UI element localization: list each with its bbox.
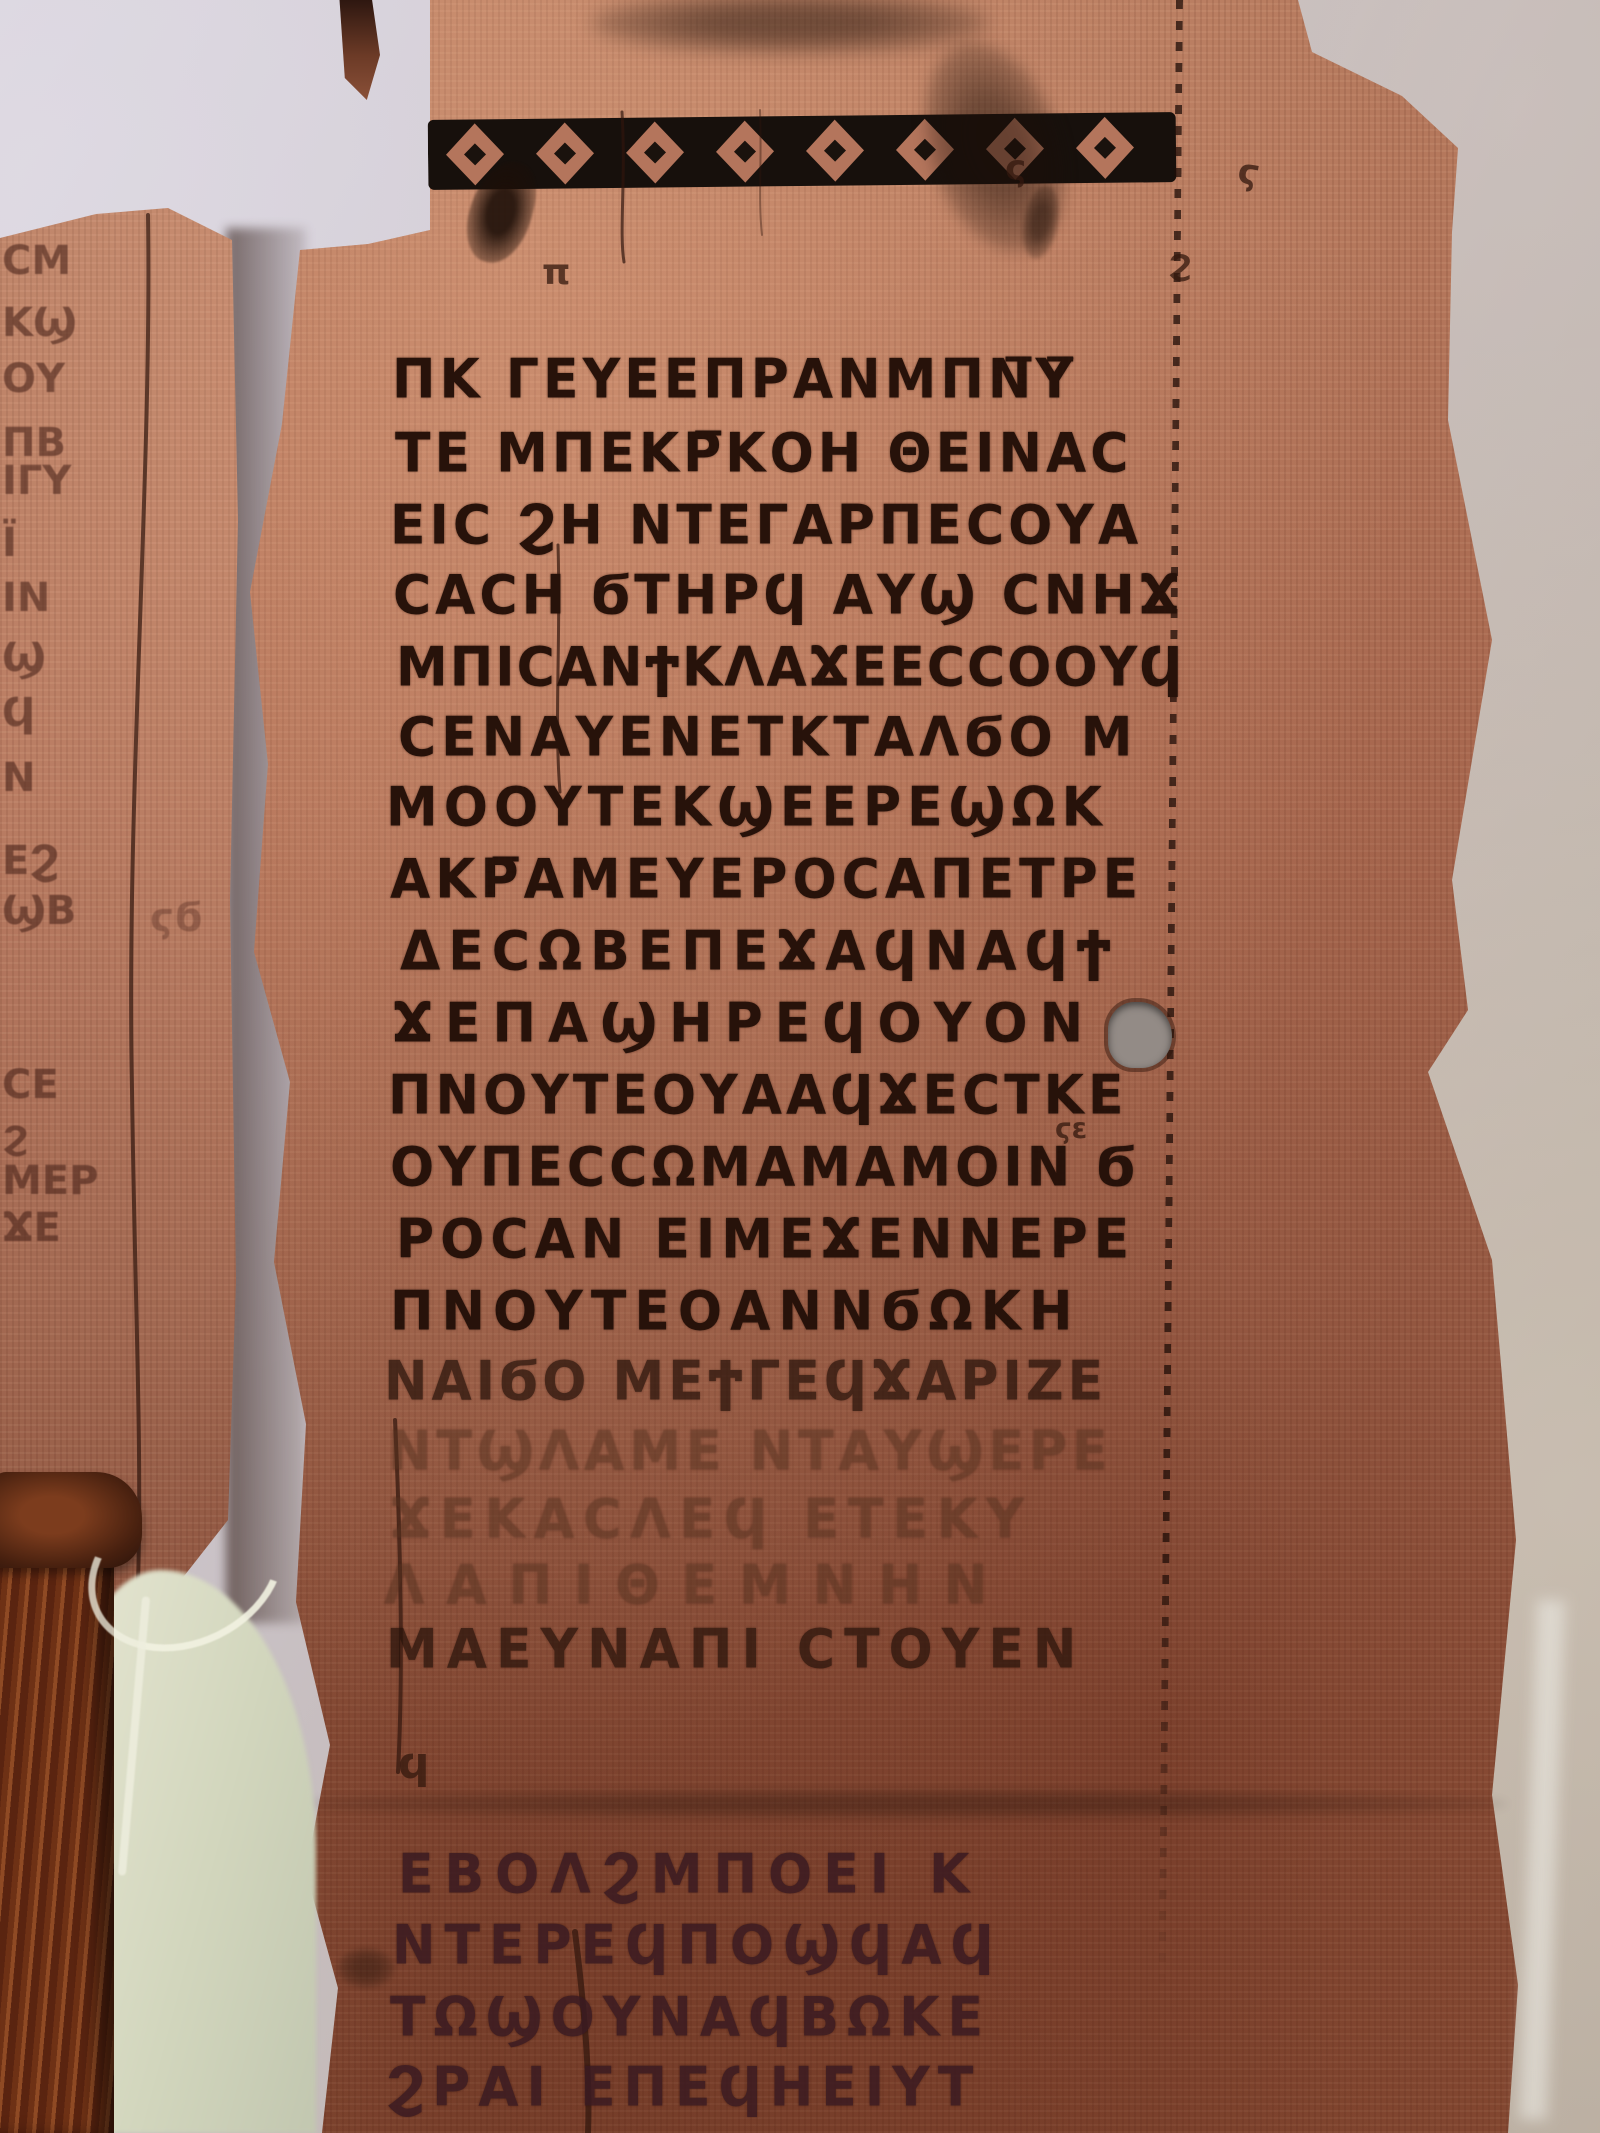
stray-mark: ϛε xyxy=(1055,1112,1087,1145)
margin-fragment: Ϣ xyxy=(2,635,46,681)
photo-of-papyrus-manuscript: ΠΚ ΓΕΥΕΕΠΡΑΝΜΠΝ̅Υ̅ ΤΕ ΜΠΕΚΡ̅ΚΟΗ ΘΕΙΝΑϹ Ε… xyxy=(0,0,1600,2133)
stray-mark: ϥ xyxy=(398,1738,430,1789)
text-line: ΝΤϢΛΑΜΕ ΝΤΑΥϢΕΡΕ xyxy=(388,1421,1113,1483)
text-line: ΜΠΙϹΑΝϮΚΛΑϪΕΕϹϹΟΟΥϤ xyxy=(396,637,1185,699)
text-line: ΠΝΟΥΤΕΟΥΑΑϤϪΕϹΤΚΕ xyxy=(388,1065,1127,1127)
margin-fragment: ϩ xyxy=(2,1112,28,1158)
text-line: ΜΑΕΥΝΑΠΙ ϹΤΟΥΕΝ xyxy=(386,1619,1085,1681)
margin-fragment: ΟΥ xyxy=(2,356,65,402)
margin-fragment: Ν xyxy=(2,755,35,801)
text-line: ΡΟϹΑΝ ΕΙΜΕϪΕΝΝΕΡΕ xyxy=(396,1209,1135,1271)
text-line: ΠΚ ΓΕΥΕΕΠΡΑΝΜΠΝ̅Υ̅ xyxy=(392,349,1077,411)
text-line: ϨΡΑΙ ΕΠΕϤΗΕΙΥΤ xyxy=(386,2057,981,2119)
margin-fragment: ΕϨ xyxy=(2,838,59,884)
margin-fragment: ϛϭ xyxy=(150,895,202,941)
text-line: ΔΕϹΩΒΕΠΕϪΑϤΝΑϤϮ xyxy=(400,921,1119,983)
text-line: ϪΕΠΑϢΗΡΕϤΟΥΟΝ xyxy=(392,993,1095,1055)
margin-fragment: ϪΕ xyxy=(2,1205,61,1251)
text-line: ΝΤΕΡΕϤΠΟϢϤΑϤ xyxy=(392,1915,1003,1977)
text-line: ΕΙϹ ϨΗ ΝΤΕΓΑΡΠΕϹΟΥΑ xyxy=(390,495,1142,557)
papyrus-hole xyxy=(1108,1002,1172,1068)
text-line: ΜΟΟΥΤΕΚϢΕΕΡΕϢΩΚ xyxy=(386,777,1108,839)
diamond-band-ornament xyxy=(428,108,1179,194)
stray-mark: ϩ xyxy=(1168,242,1191,283)
text-line: ΤΩϢΟΥΝΑϤΒΩΚΕ xyxy=(390,1987,991,2049)
text-line: ϹΑϹΗ ϬΤΗΡϤ ΑΥϢ ϹΝΗϪ xyxy=(393,565,1184,627)
margin-fragment: ΚϢ xyxy=(2,300,77,346)
margin-fragment: ΜΕΡ xyxy=(2,1158,98,1204)
stray-mark: π xyxy=(542,252,570,293)
margin-fragment: ϢΒ xyxy=(2,888,76,934)
margin-fragment: ΙΓΥ xyxy=(2,458,71,504)
text-line: ΠΝΟΥΤΕΟΑΝΝϬΩΚΗ xyxy=(390,1281,1081,1343)
text-line: ΛΑΠΙΘΕΜΝΗΝ xyxy=(384,1555,1009,1617)
horizontal-seam-shadow xyxy=(302,1790,1508,1818)
margin-fragment: ϹΕ xyxy=(2,1062,59,1108)
margin-fragment: Ϥ xyxy=(2,690,35,736)
text-line: ΤΕ ΜΠΕΚΡ̅ΚΟΗ ΘΕΙΝΑϹ xyxy=(395,423,1132,485)
text-line: ΑΚΡ̅ΑΜΕΥΕΡΟϹΑΠΕΤΡΕ xyxy=(390,849,1143,911)
text-line: ΝΑΙϬΟ ΜΕϮΓΕϤϪΑΡΙΖΕ xyxy=(384,1351,1107,1413)
text-line: ΟΥΠΕϹϹΩΜΑΜΑΜΟΙΝ Ϭ xyxy=(390,1137,1139,1199)
text-line: ΕΒΟΛϨΜΠΟΕΙ Κ xyxy=(398,1844,980,1906)
margin-fragment: Ϊ xyxy=(2,520,17,566)
margin-fragment: ϹΜ xyxy=(2,238,71,284)
text-line: ϹΕΝΑΥΕΝΕΤΚΤΑΛϬΟ Μ xyxy=(398,707,1138,769)
margin-fragment: ΙΝ xyxy=(2,575,50,621)
text-line: ϪΕΚΑϹΛΕϤ ΕΤΕΚΥ xyxy=(390,1489,1033,1551)
stray-mark: ς xyxy=(1005,148,1026,189)
dark-spot-bottom xyxy=(338,1948,394,1988)
